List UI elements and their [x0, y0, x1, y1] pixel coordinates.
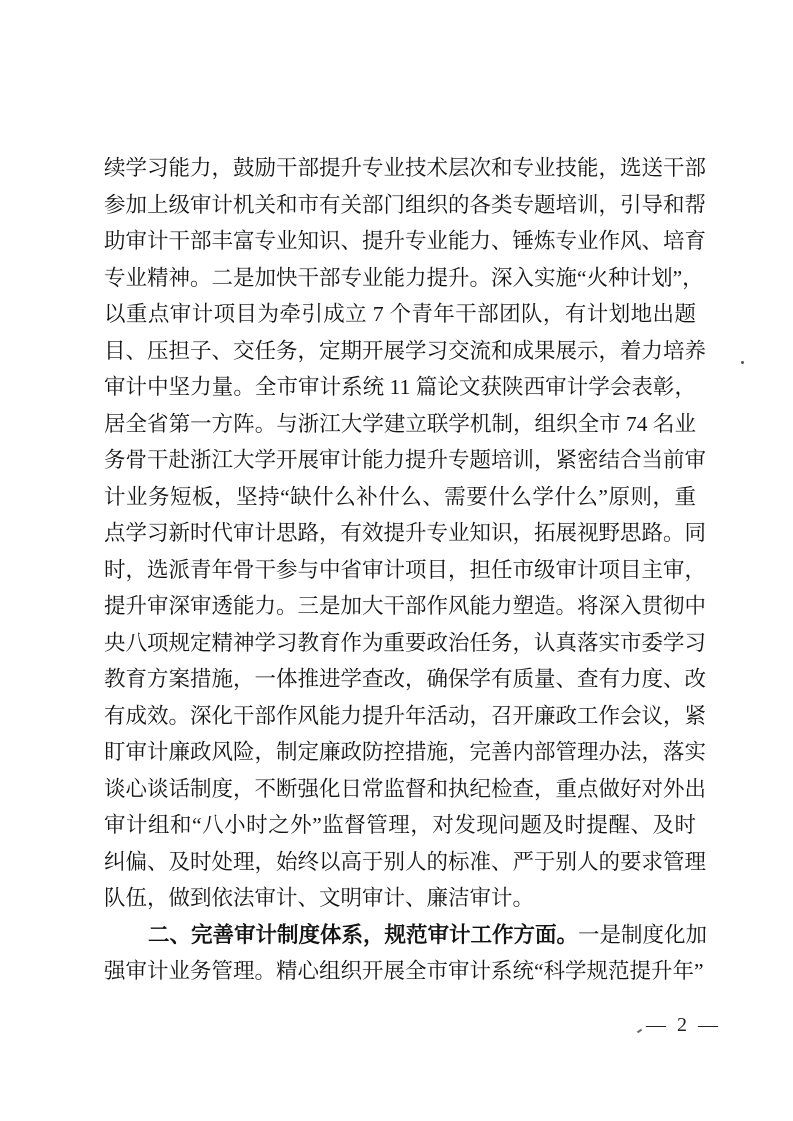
- body-text: 审计组和“八小时之外”监督管理，对发现问题及时提醒、及时: [104, 813, 696, 837]
- body-text: 时，选派青年骨干参与中省审计项目，担任市级审计项目主审，: [104, 558, 706, 582]
- body-text: 助审计干部丰富专业知识、提升专业能力、锤炼专业作风、培育: [104, 229, 706, 253]
- text-line: 央八项规定精神学习教育作为重要政治任务，认真落实市委学习: [104, 625, 696, 662]
- text-block: 续学习能力，鼓励干部提升专业技术层次和专业技能，选送干部参加上级审计机关和市有关…: [104, 150, 696, 990]
- body-text: 纠偏、及时处理，始终以高于别人的标准、严于别人的要求管理: [104, 850, 706, 874]
- body-text: 队伍，做到依法审计、文明审计、廉洁审计。: [104, 886, 534, 910]
- body-text: 专业精神。: [104, 266, 212, 290]
- text-line: 务骨干赴浙江大学开展审计能力提升专题培训，紧密结合当前审: [104, 442, 696, 479]
- body-text: 精心组织开展全市审计系统“科学规范提升年”: [276, 959, 704, 983]
- body-text: 目、压担子、交任务，定期开展学习交流和成果展示，着力培养: [104, 339, 706, 363]
- text-line: 审计中坚力量。全市审计系统 11 篇论文获陕西审计学会表彰，: [104, 369, 696, 406]
- emphasis-text: 一是制度化加: [578, 923, 707, 948]
- emphasis-text: 强审计业务管理。: [104, 959, 276, 984]
- text-line: 参加上级审计机关和市有关部门组织的各类专题培训，引导和帮: [104, 187, 696, 224]
- text-line: 专业精神。二是加快干部专业能力提升。深入实施“火种计划”，: [104, 260, 696, 297]
- text-line: 二、完善审计制度体系，规范审计工作方面。一是制度化加: [104, 917, 696, 954]
- body-text: 续学习能力，鼓励干部提升专业技术层次和专业技能，选送干部: [104, 156, 706, 180]
- text-line: 目、压担子、交任务，定期开展学习交流和成果展示，着力培养: [104, 333, 696, 370]
- emphasis-text: 三是加大干部作风能力塑造。: [298, 594, 578, 619]
- section-heading: 二、完善审计制度体系，规范审计工作方面。: [148, 923, 578, 947]
- text-line: 强审计业务管理。精心组织开展全市审计系统“科学规范提升年”: [104, 953, 696, 990]
- body-text: 以重点审计项目为牵引成立 7 个青年干部团队，有计划地出题: [104, 302, 696, 326]
- body-text: 盯审计廉政风险，制定廉政防控措施，完善内部管理办法，落实: [104, 740, 706, 764]
- body-text: 有成效。深化干部作风能力提升年活动，召开廉政工作会议，紧: [104, 704, 706, 728]
- text-line: 队伍，做到依法审计、文明审计、廉洁审计。: [104, 880, 696, 917]
- text-line: 有成效。深化干部作风能力提升年活动，召开廉政工作会议，紧: [104, 698, 696, 735]
- emphasis-text: 二是加快干部专业能力提升。: [212, 266, 492, 291]
- body-text: 教育方案措施，一体推进学查改，确保学有质量、查有力度、改: [104, 667, 706, 691]
- text-line: 盯审计廉政风险，制定廉政防控措施，完善内部管理办法，落实: [104, 734, 696, 771]
- text-line: 时，选派青年骨干参与中省审计项目，担任市级审计项目主审，: [104, 552, 696, 589]
- text-line: 点学习新时代审计思路，有效提升专业知识，拓展视野思路。同: [104, 515, 696, 552]
- text-line: 提升审深审透能力。三是加大干部作风能力塑造。将深入贯彻中: [104, 588, 696, 625]
- text-line: 续学习能力，鼓励干部提升专业技术层次和专业技能，选送干部: [104, 150, 696, 187]
- body-text: 央八项规定精神学习教育作为重要政治任务，认真落实市委学习: [104, 631, 706, 655]
- ink-speck: [637, 1029, 642, 1034]
- document-page: 续学习能力，鼓励干部提升专业技术层次和专业技能，选送干部参加上级审计机关和市有关…: [0, 0, 793, 1121]
- text-line: 助审计干部丰富专业知识、提升专业能力、锤炼专业作风、培育: [104, 223, 696, 260]
- body-text: 参加上级审计机关和市有关部门组织的各类专题培训，引导和帮: [104, 193, 706, 217]
- body-text: 点学习新时代审计思路，有效提升专业知识，拓展视野思路。同: [104, 521, 706, 545]
- text-line: 审计组和“八小时之外”监督管理，对发现问题及时提醒、及时: [104, 807, 696, 844]
- body-text: 将深入贯彻中: [577, 594, 706, 618]
- text-line: 教育方案措施，一体推进学查改，确保学有质量、查有力度、改: [104, 661, 696, 698]
- text-line: 计业务短板，坚持“缺什么补什么、需要什么学什么”原则，重: [104, 479, 696, 516]
- body-text: 审计中坚力量。全市审计系统 11 篇论文获陕西审计学会表彰，: [104, 375, 696, 399]
- body-text: 务骨干赴浙江大学开展审计能力提升专题培训，紧密结合当前审: [104, 448, 706, 472]
- body-text: 深入实施“火种计划”，: [491, 266, 704, 290]
- text-line: 以重点审计项目为牵引成立 7 个青年干部团队，有计划地出题: [104, 296, 696, 333]
- body-text: 提升审深审透能力。: [104, 594, 298, 618]
- text-line: 居全省第一方阵。与浙江大学建立联学机制，组织全市 74 名业: [104, 406, 696, 443]
- body-text: 居全省第一方阵。与浙江大学建立联学机制，组织全市 74 名业: [104, 412, 696, 436]
- body-text: 谈心谈话制度，不断强化日常监督和执纪检查，重点做好对外出: [104, 777, 706, 801]
- body-text: 计业务短板，坚持“缺什么补什么、需要什么学什么”原则，重: [104, 485, 696, 509]
- ink-speck: [741, 361, 744, 364]
- text-line: 纠偏、及时处理，始终以高于别人的标准、严于别人的要求管理: [104, 844, 696, 881]
- text-line: 谈心谈话制度，不断强化日常监督和执纪检查，重点做好对外出: [104, 771, 696, 808]
- page-number: — 2 —: [646, 1014, 721, 1037]
